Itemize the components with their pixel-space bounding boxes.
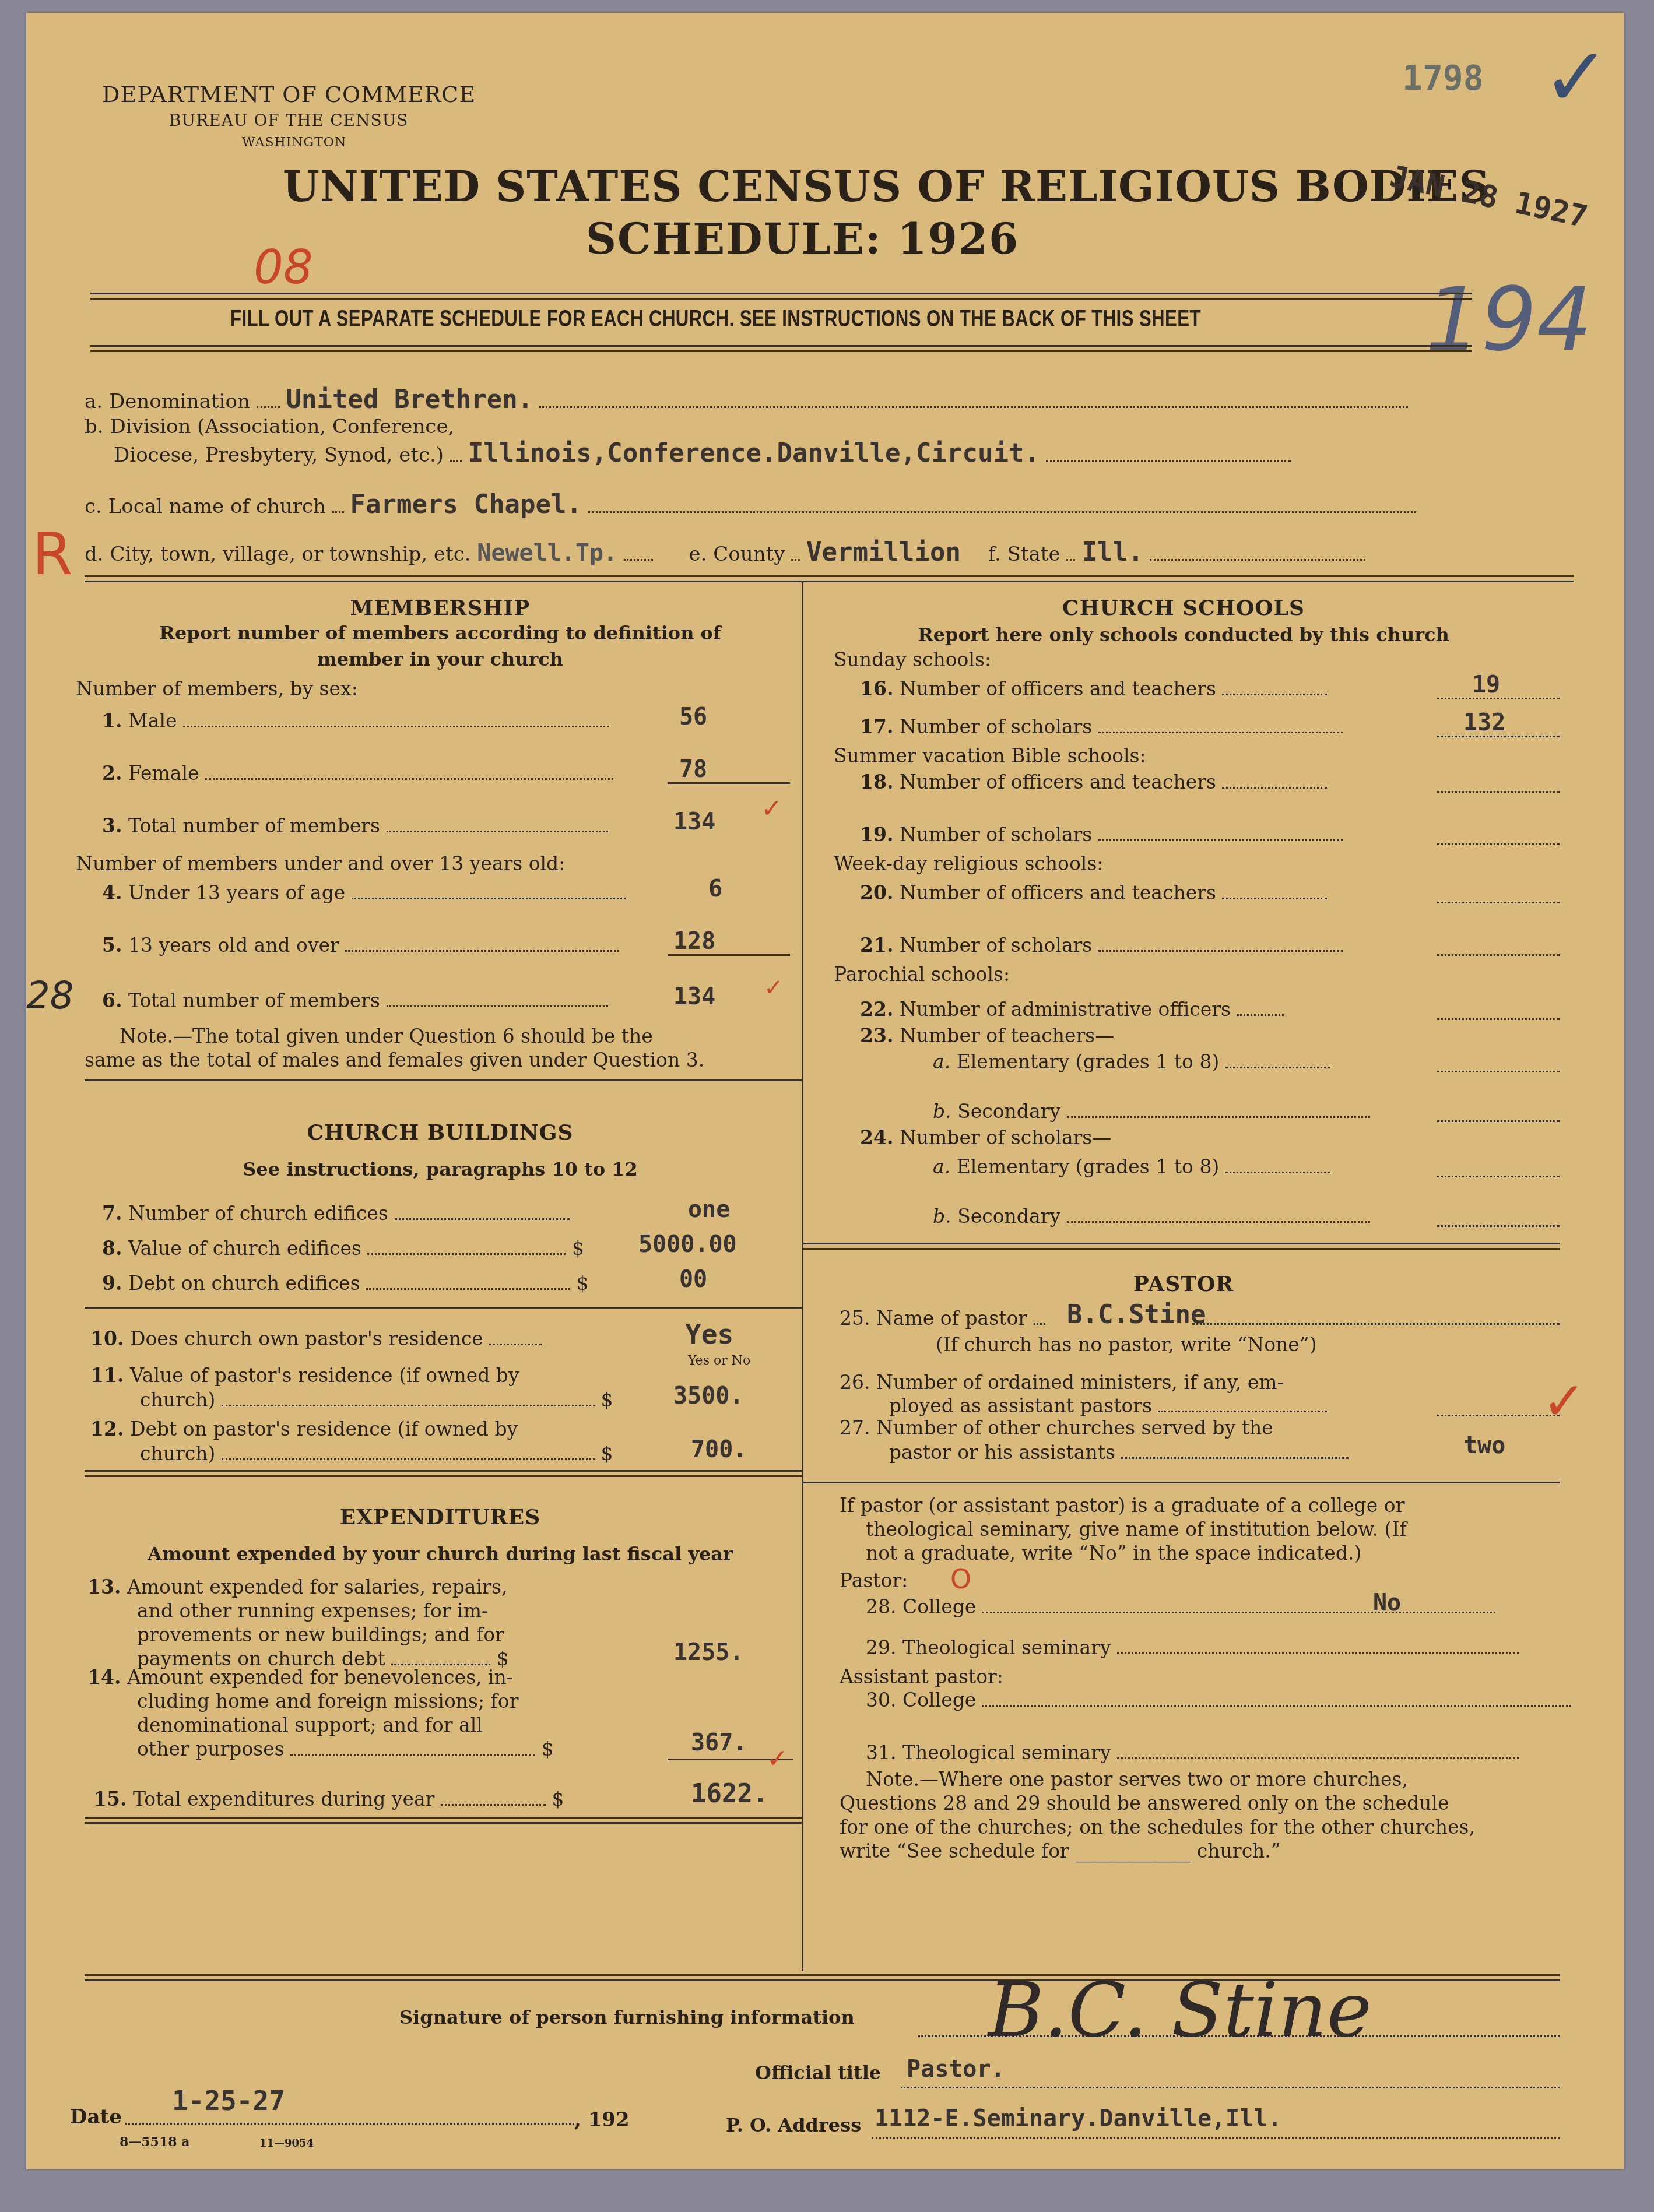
weekday-scholars-field[interactable] bbox=[1437, 954, 1560, 956]
members-by-sex-label: Number of members, by sex: bbox=[76, 677, 358, 700]
date-label: Date bbox=[70, 2105, 122, 2129]
church-edifices-value[interactable]: 5000.00 bbox=[638, 1231, 737, 1258]
total-members-count[interactable]: 134 bbox=[673, 808, 715, 835]
elementary-scholars-field[interactable] bbox=[1437, 1176, 1560, 1177]
sum-underline bbox=[668, 954, 790, 956]
address-value[interactable]: 1112-E.Seminary.Danville,Ill. bbox=[875, 2105, 1281, 2132]
buildings-row-11: 11. Value of pastor's residence (if owne… bbox=[90, 1364, 519, 1387]
assistant-pastors-field[interactable] bbox=[1437, 1415, 1560, 1416]
schools-row-23b: b. Secondary bbox=[933, 1100, 1370, 1123]
buildings-row-7: 7. Number of church edifices bbox=[102, 1202, 570, 1225]
residence-value[interactable]: 3500. bbox=[673, 1383, 743, 1409]
expenditure-row-13: 13. Amount expended for salaries, repair… bbox=[87, 1575, 612, 1671]
address-line bbox=[872, 2137, 1560, 2139]
state-value[interactable]: Ill. bbox=[1081, 537, 1143, 567]
division-label-1: b. Division (Association, Conference, bbox=[85, 415, 454, 438]
benevolences-amount[interactable]: 367. bbox=[691, 1729, 747, 1756]
pastor-subsection-label: Pastor: bbox=[840, 1569, 908, 1592]
membership-row-5: 5. 13 years old and over bbox=[102, 934, 619, 956]
church-schools-heading: CHURCH SCHOOLS bbox=[810, 596, 1557, 620]
pastor-college-value[interactable]: No bbox=[1373, 1589, 1401, 1616]
schools-row-23: 23. Number of teachers— bbox=[860, 1024, 1114, 1047]
buildings-row-10: 10. Does church own pastor's residence bbox=[90, 1327, 542, 1350]
membership-row-6: 6. Total number of members bbox=[102, 989, 608, 1012]
pastor-name-hint: (If church has no pastor, write “None”) bbox=[936, 1333, 1317, 1356]
print-number: 11—9054 bbox=[259, 2137, 314, 2150]
other-churches-value[interactable]: two bbox=[1463, 1432, 1505, 1459]
schools-row-24b: b. Secondary bbox=[933, 1205, 1370, 1228]
official-title-value[interactable]: Pastor. bbox=[907, 2056, 1005, 2083]
banner-bottom-rule bbox=[90, 345, 1472, 347]
schools-row-17: 17. Number of scholars bbox=[860, 715, 1343, 738]
form-number: 8—5518 a bbox=[120, 2134, 189, 2150]
other-churches-row-cont: pastor or his assistants bbox=[889, 1441, 1349, 1464]
buildings-row-12-cont: church) $ bbox=[140, 1442, 613, 1465]
division-label-2: Diocese, Presbytery, Synod, etc.) bbox=[114, 444, 444, 467]
sunday-officers-count[interactable]: 19 bbox=[1472, 671, 1500, 698]
address-label: P. O. Address bbox=[726, 2114, 861, 2136]
expenditures-heading: EXPENDITURES bbox=[85, 1505, 796, 1529]
red-annotation-R: R bbox=[32, 520, 72, 588]
buildings-row-11-cont: church) $ bbox=[140, 1388, 613, 1411]
admin-officers-field[interactable] bbox=[1437, 1018, 1560, 1020]
schools-row-19: 19. Number of scholars bbox=[860, 823, 1343, 846]
city-value[interactable]: Newell.Tp. bbox=[477, 540, 617, 567]
county-label: e. County bbox=[689, 543, 785, 566]
church-edifices-debt[interactable]: 00 bbox=[679, 1266, 707, 1293]
summer-officers-field[interactable] bbox=[1437, 791, 1560, 793]
schools-row-24: 24. Number of scholars— bbox=[860, 1126, 1111, 1149]
blue-annotation-194: 194 bbox=[1425, 269, 1592, 371]
local-name-field: c. Local name of church Farmers Chapel. bbox=[85, 490, 1416, 519]
pastor-note: Note.—Where one pastor serves two or mor… bbox=[840, 1767, 1562, 1863]
county-value[interactable]: Vermillion bbox=[806, 537, 961, 567]
schools-row-21: 21. Number of scholars bbox=[860, 934, 1343, 956]
buildings-bottom-rule bbox=[85, 1470, 802, 1472]
weekday-schools-label: Week-day religious schools: bbox=[834, 852, 1103, 875]
church-buildings-heading: CHURCH BUILDINGS bbox=[85, 1120, 796, 1145]
graduate-instructions: If pastor (or assistant pastor) is a gra… bbox=[840, 1493, 1562, 1565]
signature-label: Signature of person furnishing informati… bbox=[399, 2006, 855, 2028]
parochial-schools-label: Parochial schools: bbox=[834, 963, 1010, 986]
date-year-prefix: , 192 bbox=[574, 2108, 630, 2132]
schools-row-24a: a. Elementary (grades 1 to 8) bbox=[933, 1155, 1330, 1178]
buildings-row-9: 9. Debt on church edifices $ bbox=[102, 1272, 589, 1295]
bureau-heading: BUREAU OF THE CENSUS bbox=[169, 111, 408, 130]
department-heading: DEPARTMENT OF COMMERCE bbox=[102, 82, 476, 107]
schools-row-16: 16. Number of officers and teachers bbox=[860, 677, 1327, 700]
sum-underline bbox=[668, 782, 790, 784]
expenditures-bottom-rule bbox=[85, 1817, 802, 1819]
pastor-mid-rule bbox=[802, 1482, 1560, 1483]
assistant-college-row: 30. College bbox=[866, 1689, 1571, 1711]
weekday-officers-field[interactable] bbox=[1437, 902, 1560, 903]
date-line bbox=[125, 2123, 574, 2125]
residence-debt[interactable]: 700. bbox=[691, 1436, 747, 1463]
assistant-pastors-row: 26. Number of ordained ministers, if any… bbox=[840, 1371, 1284, 1394]
instructions-banner: FILL OUT A SEPARATE SCHEDULE FOR EACH CH… bbox=[230, 306, 1201, 332]
denomination-value[interactable]: United Brethren. bbox=[286, 385, 533, 414]
total-expenditures-amount[interactable]: 1622. bbox=[691, 1779, 768, 1809]
membership-heading: MEMBERSHIP bbox=[85, 596, 796, 620]
title-line bbox=[901, 2087, 1560, 2088]
church-buildings-subheading: See instructions, paragraphs 10 to 12 bbox=[85, 1158, 796, 1180]
check-mark-icon: ✓ bbox=[1542, 30, 1610, 125]
form-title: UNITED STATES CENSUS OF RELIGIOUS BODIES bbox=[283, 161, 1490, 211]
division-field: Diocese, Presbytery, Synod, etc.) Illino… bbox=[114, 438, 1291, 468]
answer-line bbox=[1437, 698, 1560, 699]
membership-row-1: 1. Male bbox=[102, 709, 609, 732]
assistant-pastors-row-cont: ployed as assistant pastors bbox=[889, 1394, 1327, 1417]
location-field-row: d. City, town, village, or township, etc… bbox=[85, 537, 1365, 567]
division-value[interactable]: Illinois,Conference.Danville,Circuit. bbox=[468, 438, 1040, 468]
under-13-count[interactable]: 6 bbox=[708, 875, 722, 902]
buildings-row-12: 12. Debt on pastor's residence (if owned… bbox=[90, 1418, 518, 1440]
red-check-icon: ✓ bbox=[761, 794, 782, 824]
membership-row-3: 3. Total number of members bbox=[102, 814, 608, 837]
other-churches-row: 27. Number of other churches served by t… bbox=[840, 1416, 1273, 1439]
buildings-row-8: 8. Value of church edifices $ bbox=[102, 1237, 584, 1260]
elementary-teachers-field[interactable] bbox=[1437, 1071, 1560, 1072]
sunday-schools-label: Sunday schools: bbox=[834, 648, 991, 671]
schools-row-18: 18. Number of officers and teachers bbox=[860, 771, 1327, 793]
red-circle-mark: O bbox=[950, 1563, 971, 1595]
secondary-teachers-field[interactable] bbox=[1437, 1120, 1560, 1122]
denomination-field: a. Denomination United Brethren. bbox=[85, 385, 1408, 414]
female-count[interactable]: 78 bbox=[679, 756, 707, 783]
pastor-name-row: 25. Name of pastor bbox=[840, 1307, 1045, 1330]
membership-subheading-2: member in your church bbox=[85, 648, 796, 670]
male-count[interactable]: 56 bbox=[679, 704, 707, 730]
church-edifices-count[interactable]: one bbox=[688, 1196, 730, 1223]
buildings-mid-rule bbox=[85, 1307, 802, 1309]
membership-row-4: 4. Under 13 years of age bbox=[102, 881, 626, 904]
red-check-icon: ✓ bbox=[764, 975, 784, 1001]
church-schools-subheading: Report here only schools conducted by th… bbox=[810, 624, 1557, 646]
schools-row-20: 20. Number of officers and teachers bbox=[860, 881, 1327, 904]
secondary-scholars-field[interactable] bbox=[1437, 1225, 1560, 1227]
answer-line bbox=[1192, 1323, 1560, 1325]
membership-bottom-rule bbox=[85, 1079, 802, 1081]
stamp-number: 1798 bbox=[1402, 58, 1484, 98]
membership-subheading-1: Report number of members according to de… bbox=[85, 622, 796, 644]
column-divider bbox=[802, 581, 803, 1971]
local-name-label: c. Local name of church bbox=[85, 495, 326, 518]
official-title-label: Official title bbox=[755, 2062, 881, 2084]
red-check-icon: ✓ bbox=[1542, 1371, 1586, 1432]
identification-bottom-rule bbox=[85, 575, 1574, 577]
expenditures-subheading: Amount expended by your church during la… bbox=[85, 1543, 796, 1565]
city-label: d. City, town, village, or township, etc… bbox=[85, 543, 471, 566]
total-members-age-count[interactable]: 134 bbox=[673, 983, 715, 1010]
membership-row-2: 2. Female bbox=[102, 762, 613, 785]
red-check-icon: ✓ bbox=[767, 1744, 788, 1774]
state-label: f. State bbox=[988, 543, 1060, 566]
signature-value[interactable]: B.C. Stine bbox=[988, 1965, 1372, 2054]
handwritten-28: 28 bbox=[26, 975, 73, 1018]
yes-no-hint: Yes or No bbox=[688, 1353, 750, 1368]
red-annotation-08: 08 bbox=[254, 240, 313, 294]
summer-schools-label: Summer vacation Bible schools: bbox=[834, 744, 1146, 767]
members-by-age-label: Number of members under and over 13 year… bbox=[76, 852, 565, 875]
owns-residence-answer[interactable]: Yes bbox=[685, 1318, 733, 1350]
answer-line bbox=[1437, 736, 1560, 737]
summer-scholars-field[interactable] bbox=[1437, 843, 1560, 845]
membership-note: Note.—The total given under Question 6 s… bbox=[85, 1024, 796, 1072]
pastor-seminary-row: 29. Theological seminary bbox=[866, 1636, 1519, 1659]
pastor-name-value[interactable]: B.C.Stine bbox=[1067, 1300, 1206, 1330]
expenditure-row-14: 14. Amount expended for benevolences, in… bbox=[87, 1665, 612, 1761]
denomination-label: a. Denomination bbox=[85, 390, 250, 413]
running-expenses-amount[interactable]: 1255. bbox=[673, 1639, 743, 1666]
pastor-heading: PASTOR bbox=[810, 1272, 1557, 1296]
schools-row-22: 22. Number of administrative officers bbox=[860, 998, 1284, 1021]
local-name-value[interactable]: Farmers Chapel. bbox=[350, 490, 582, 519]
census-schedule-form: DEPARTMENT OF COMMERCE BUREAU OF THE CEN… bbox=[26, 13, 1624, 2169]
sunday-scholars-count[interactable]: 132 bbox=[1463, 709, 1505, 736]
schools-bottom-rule bbox=[802, 1243, 1560, 1244]
form-schedule-year: SCHEDULE: 1926 bbox=[586, 214, 1019, 263]
banner-top-rule bbox=[90, 293, 1472, 294]
expenditure-row-15: 15. Total expenditures during year $ bbox=[93, 1788, 564, 1810]
city-heading: WASHINGTON bbox=[242, 135, 346, 150]
date-value[interactable]: 1-25-27 bbox=[172, 2085, 285, 2116]
assistant-subsection-label: Assistant pastor: bbox=[840, 1665, 1003, 1688]
over-13-count[interactable]: 128 bbox=[673, 928, 715, 955]
assistant-seminary-row: 31. Theological seminary bbox=[866, 1741, 1519, 1764]
schools-row-23a: a. Elementary (grades 1 to 8) bbox=[933, 1050, 1330, 1073]
